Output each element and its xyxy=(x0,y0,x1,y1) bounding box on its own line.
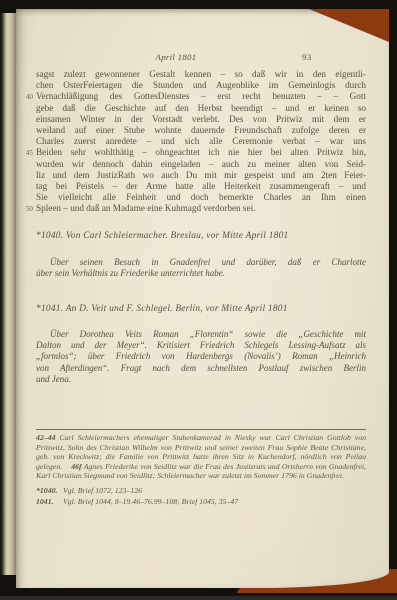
text-line-content: Charles zuerst anredete – und sich alle … xyxy=(36,136,366,146)
margin-line-number: 50 xyxy=(18,204,33,215)
letter-heading-1041: *1041. An D. Veit und F. Schlegel. Berli… xyxy=(36,304,370,314)
summary-line: über sein Verhältnis zu Friederike unter… xyxy=(36,268,366,279)
scan-bottom-edge xyxy=(0,596,397,600)
ref-text: Vgl. Brief 1072, 123–126 xyxy=(63,486,142,496)
text-line: 50Spleen – und daß an Madame eine Kuhmag… xyxy=(36,203,366,214)
letter-body-text: sagst zulezt gewonnener Gestalt kennen –… xyxy=(36,69,366,215)
summary-line: und Jena. xyxy=(36,374,366,385)
text-line-content: chen OsterFeiertagen die Stunden und Aug… xyxy=(36,80,366,90)
text-line: 45Beiden sehr wohlthätig – ohngeachtet i… xyxy=(36,147,366,158)
text-line-content: weiland auf einer Stube wohnte dauernde … xyxy=(36,125,366,135)
text-line-content: gebe daß die Geschichte auf den Herbst b… xyxy=(36,103,366,113)
book-cover-corner-top xyxy=(309,9,389,42)
text-line: tag bei Peistels – der Arme hatte alle H… xyxy=(36,181,366,192)
note-lemma: 46f xyxy=(71,462,81,471)
running-head-date: April 1801 xyxy=(116,52,236,62)
text-line-content: tag bei Peistels – der Arme hatte alle H… xyxy=(36,181,366,191)
apparatus-ref-row: *1040. Vgl. Brief 1072, 123–126 xyxy=(36,486,371,496)
text-line: wurden wir dennoch dahin eingeladen – au… xyxy=(36,159,366,170)
text-line-content: Vernachläßigung des GottesDienstes – ers… xyxy=(36,91,366,101)
note-text: Agnes Friederike von Seidlitz war die Fr… xyxy=(36,462,366,481)
text-line-content: Beiden sehr wohlthätig – ohngeachtet ich… xyxy=(36,147,366,157)
text-line-content: Spleen – und daß an Madame eine Kuhmagd … xyxy=(36,203,255,213)
letter-heading-1040: *1040. Von Carl Schleiermacher. Breslau,… xyxy=(36,231,370,241)
summary-line: Über Dorothea Veits Roman „Florentin“ so… xyxy=(36,329,366,340)
apparatus-divider xyxy=(36,429,366,430)
text-line: Sie vielleicht alle Feinheit und doch be… xyxy=(36,192,366,203)
ref-lemma: *1040. xyxy=(36,486,63,496)
text-line-content: sagst zulezt gewonnener Gestalt kennen –… xyxy=(36,69,366,79)
summary-line: von Afterdingen“. Fragt nach dem schnell… xyxy=(36,363,366,374)
summary-line: Dalton und der Meyer“. Kritisiert Friedr… xyxy=(36,340,366,351)
text-line: weiland auf einer Stube wohnte dauernde … xyxy=(36,125,366,136)
text-line-content: Sie vielleicht alle Feinheit und doch be… xyxy=(36,192,366,202)
page-number: 93 xyxy=(302,52,336,62)
text-line-content: wurden wir dennoch dahin eingeladen – au… xyxy=(36,159,366,169)
text-line: chen OsterFeiertagen die Stunden und Aug… xyxy=(36,80,366,91)
margin-line-number: 40 xyxy=(18,92,33,103)
scanned-book-page: April 1801 93 sagst zulezt gewonnener Ge… xyxy=(0,0,397,600)
text-line: sagst zulezt gewonnener Gestalt kennen –… xyxy=(36,69,366,80)
apparatus-notes: 42–44 Carl Schleiermachers ehemaliger St… xyxy=(36,433,366,481)
book-fore-edge xyxy=(0,13,17,575)
ref-text: Vgl. Brief 1044, 8–19.46–76.99–108; Brie… xyxy=(63,497,238,507)
apparatus-ref-row: 1041. Vgl. Brief 1044, 8–19.46–76.99–108… xyxy=(36,497,371,507)
text-line: gebe daß die Geschichte auf den Herbst b… xyxy=(36,103,366,114)
letter-summary-1040: Über seinen Besuch in Gnadenfrei und dar… xyxy=(36,257,366,279)
margin-line-number: 45 xyxy=(18,148,33,159)
summary-line: „formlos“; über Friedrich von Hardenberg… xyxy=(36,351,366,362)
text-line: einsamen Winter in der Vorstadt verlebt.… xyxy=(36,114,366,125)
letter-summary-1041: Über Dorothea Veits Roman „Florentin“ so… xyxy=(36,329,366,385)
text-line: Charles zuerst anredete – und sich alle … xyxy=(36,136,366,147)
text-line: liz und dem JustizRath wo auch Du mit mi… xyxy=(36,170,366,181)
text-line: 40Vernachläßigung des GottesDienstes – e… xyxy=(36,91,366,102)
text-line-content: einsamen Winter in der Vorstadt verlebt.… xyxy=(36,114,366,124)
book-page: April 1801 93 sagst zulezt gewonnener Ge… xyxy=(16,9,389,588)
text-line-content: liz und dem JustizRath wo auch Du mit mi… xyxy=(36,170,366,180)
summary-line: Über seinen Besuch in Gnadenfrei und dar… xyxy=(36,257,366,268)
ref-lemma: 1041. xyxy=(36,497,63,507)
note-lemma: 42–44 xyxy=(36,433,56,442)
